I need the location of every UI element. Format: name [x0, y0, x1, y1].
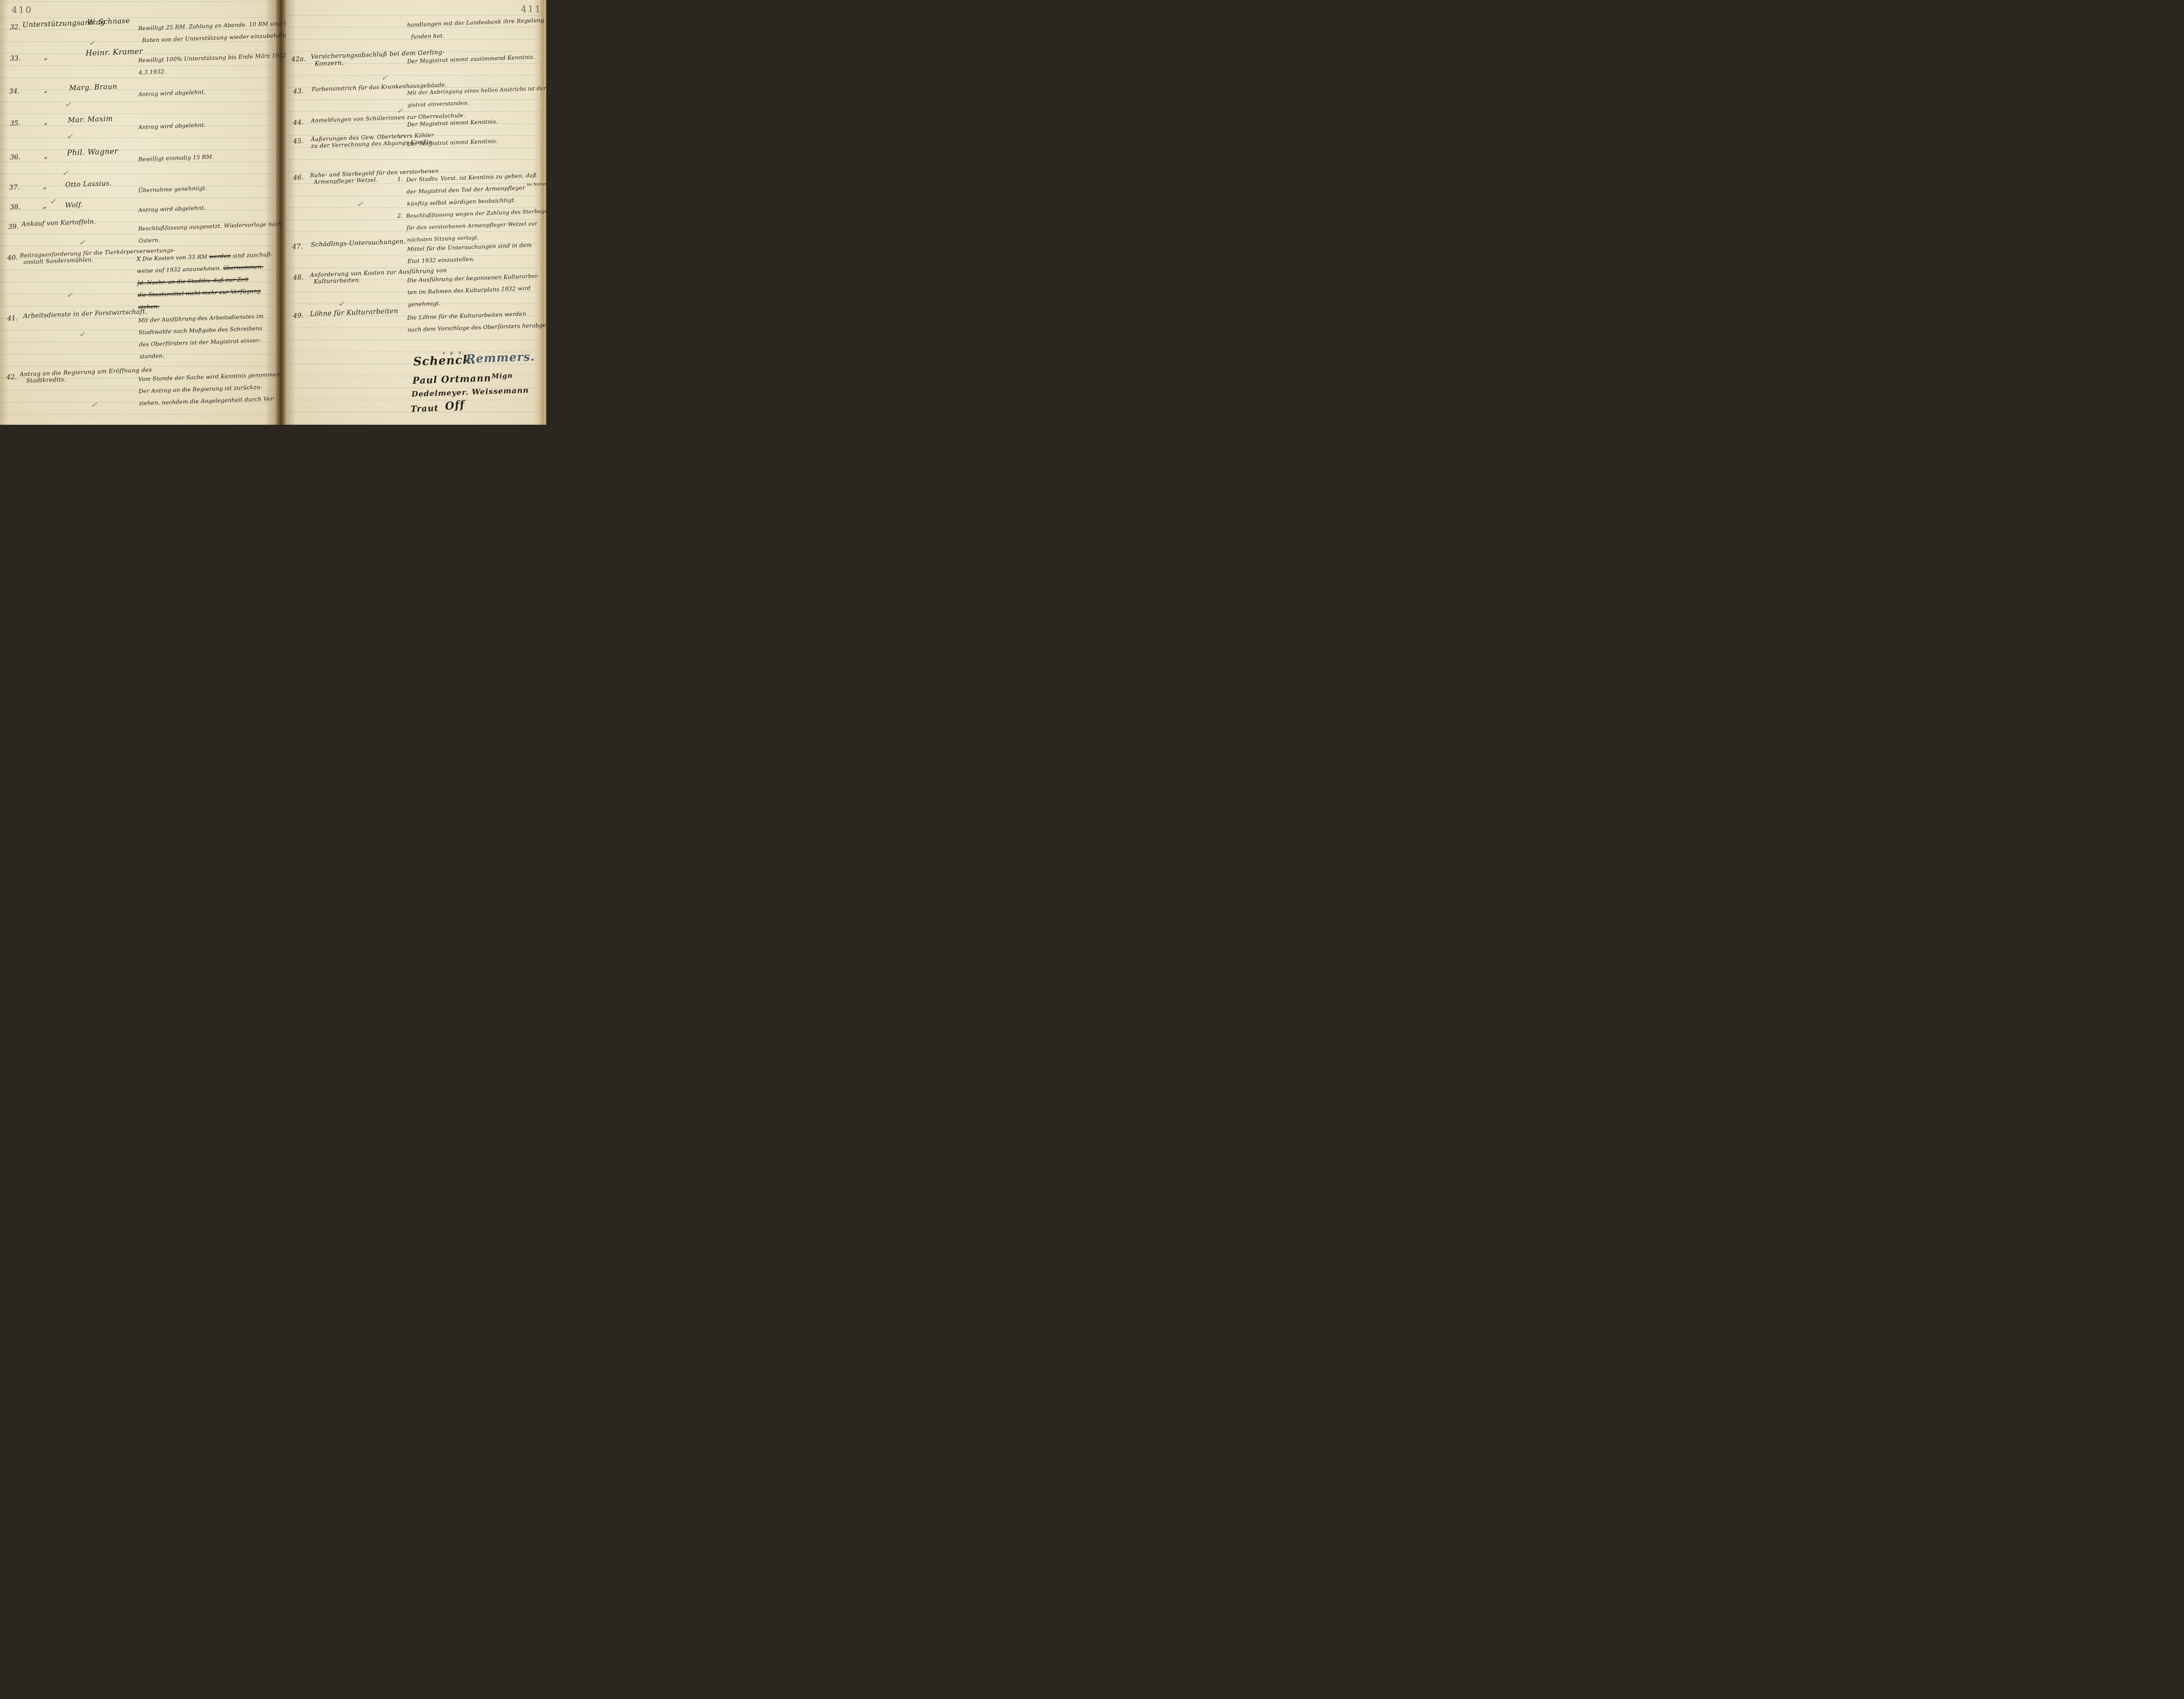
checkmark-icon: ✓ [78, 329, 87, 340]
entry-48-resolution: Die Ausführung der begonnenen Kulturarbe… [407, 270, 540, 310]
entry-40-number: 40. [7, 253, 18, 262]
right-page: 411 handlungen mit der Landesbank ihre R… [286, 0, 541, 425]
entry-42-resolution-continued: handlungen mit der Landesbank ihre Regel… [407, 13, 546, 43]
entry-44-resolution: Der Magistrat nimmt Kenntnis. [407, 115, 498, 130]
entry-42-number: 42. [6, 373, 17, 381]
entry-38-number: 38. [10, 203, 20, 211]
entry-40-resolution: X Die Kosten von 33 RM werden sind zusch… [136, 248, 275, 313]
signature-traut: Traut [410, 403, 438, 414]
entry-38-name: Wolf. [65, 201, 83, 209]
entry-37-resolution: Übernahme genehmigt. [138, 182, 207, 196]
entry-46-item2-number: 2. [397, 210, 403, 222]
entry-49-number: 49. [293, 311, 304, 320]
entry-42a-number: 42a. [291, 55, 306, 63]
checkmark-icon: ✓ [356, 199, 365, 210]
entry-38-resolution: Antrag wird abgelehnt. [138, 202, 206, 216]
entry-39-subject: Ankauf von Kartoffeln. [21, 218, 96, 228]
entry-35-resolution: Antrag wird abgelehnt. [138, 119, 206, 133]
checkmark-icon: ✓ [66, 131, 74, 142]
entry-45-number: 45. [293, 137, 304, 145]
checkmark-icon: ✓ [64, 99, 73, 110]
signature-paraph: Off [444, 398, 465, 412]
inserted-text: im Namen der Stadt [527, 181, 546, 187]
struck-text: übernommen. [223, 263, 264, 271]
entry-41-number: 41. [7, 314, 18, 322]
entry-43-resolution: Mit der Anbringung eines hellen Anstrich… [407, 82, 546, 111]
entry-36-number: 36. [10, 153, 20, 161]
entry-47-subject: Schädlings-Untersuchungen. [311, 238, 406, 248]
checkmark-icon: ✓ [381, 73, 389, 83]
entry-47-resolution: Mittel für die Untersuchungen sind in de… [407, 239, 532, 267]
entry-46-resolution-part1: Der Stadtv. Vorst. ist Kenntnis zu geben… [406, 168, 546, 210]
entry-37-number: 37. [9, 183, 20, 191]
entry-36-resolution: Bewilligt einmalig 15 RM. [138, 150, 214, 165]
entry-34-ditto: „ [44, 85, 48, 94]
entry-34-resolution: Antrag wird abgelehnt. [138, 86, 206, 100]
entry-35-name: Mar. Maxim [68, 114, 113, 124]
entry-46-item1-number: 1. [397, 174, 403, 186]
checkmark-icon: ✓ [78, 237, 87, 248]
checkmark-icon: ✓ [66, 290, 74, 301]
entry-33-resolution: Bewilligt 100% Unterstützung bis Ende Mä… [138, 49, 296, 78]
entry-35-number: 35. [10, 119, 20, 127]
entry-34-name: Marg. Braun [69, 82, 118, 92]
struck-text: werden [209, 252, 231, 260]
entry-37-name: Otto Lassius. [65, 179, 112, 189]
entry-33-name: Heinr. Kramer [85, 47, 143, 58]
x-marker: X [136, 256, 141, 263]
entry-43-number: 43. [293, 87, 304, 95]
entry-32-resolution: Bewilligt 25 RM. Zahlung an Abende. 10 R… [138, 17, 294, 46]
entry-48-number: 48. [293, 273, 304, 281]
signature-mign: Mign [491, 371, 513, 380]
entry-42-subject: Antrag an die Regierung um Eröffnung des… [20, 367, 153, 390]
entry-38-ditto: „ [43, 201, 47, 210]
entry-36-ditto: „ [44, 151, 48, 160]
checkmark-icon: ✓ [90, 399, 99, 410]
checkmark-icon: ✓ [337, 299, 346, 309]
entry-41-resolution: Mit der Ausführung des Arbeitsdienstes i… [138, 310, 265, 362]
entry-33-number: 33. [10, 54, 20, 62]
signature-dedelmeyer-weissemann: Dedelmeyer. Weissemann [411, 386, 529, 399]
entry-32-number: 32. [10, 23, 20, 31]
entry-39-number: 39. [8, 222, 19, 231]
entry-34-number: 34. [9, 87, 20, 95]
entry-35-ditto: „ [44, 118, 48, 126]
left-page: 410 32. Unterstützungsantrag W. Schnase … [0, 0, 276, 425]
entry-42-resolution: Vom Stande der Sache wird Kenntnis genom… [138, 368, 283, 409]
checkmark-icon: ✓ [61, 168, 70, 179]
entry-49-subject: Löhne für Kulturarbeiten [310, 307, 398, 318]
checkmark-icon: ✓ [49, 196, 57, 207]
entry-49-resolution: Die Löhne für die Kulturarbeiten werden … [407, 306, 546, 336]
entry-45-resolution: Der Magistrat nimmt Kenntnis. [407, 135, 498, 150]
entry-37-ditto: „ [43, 182, 47, 190]
entry-47-number: 47. [292, 242, 303, 251]
page-number-right: 411 [521, 4, 542, 14]
signature-ortmann: Paul Ortmann [412, 372, 491, 386]
entry-32-name: W. Schnase [87, 16, 130, 26]
entry-33-ditto: „ [44, 53, 48, 61]
signature-remmers: Remmers. [466, 350, 535, 366]
entry-39-resolution: Beschlußfassung ausgesetzt. Wiedervorlag… [138, 218, 283, 247]
entry-36-name: Phil. Wagner [67, 147, 118, 158]
entry-44-number: 44. [293, 118, 304, 126]
page-number-left: 410 [12, 4, 32, 15]
checkmark-icon: ✓ [88, 38, 97, 49]
ledger-scan: 410 32. Unterstützungsantrag W. Schnase … [0, 0, 546, 425]
entry-46-number: 46. [293, 173, 304, 182]
entry-41-subject: Arbeitsdienste in der Forstwirtschaft. [23, 308, 147, 320]
